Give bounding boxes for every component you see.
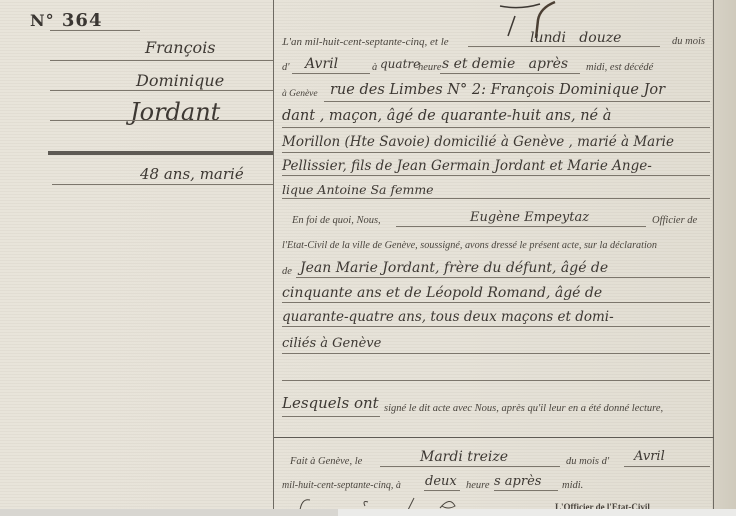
page-edge-shadow [712, 0, 736, 516]
right-border [713, 0, 714, 509]
handwritten-text: Pellissier, fils de Jean Germain Jordant… [282, 158, 652, 174]
signature-fragment [290, 496, 490, 510]
fill-line [282, 127, 710, 128]
fill-line [380, 466, 560, 467]
printed-text: l'Etat-Civil de la ville de Genève, sous… [282, 240, 657, 251]
margin-rule [50, 120, 273, 121]
viewer-bottom-bar-light [338, 509, 736, 516]
fill-line [282, 302, 710, 303]
act-number-value: 364 [62, 10, 103, 31]
margin-rule [50, 90, 273, 91]
act-number: N° 364 [30, 10, 102, 31]
printed-text: à Genève [282, 89, 318, 99]
printed-text: Officier de [652, 215, 697, 226]
handwritten-text: cinquante ans et de Léopold Romand, âgé … [282, 285, 602, 301]
margin-rule [50, 30, 140, 31]
printed-text: midi, est décédé [586, 62, 653, 73]
handwritten-hour: quatre [380, 57, 420, 71]
printed-text: du mois d' [566, 456, 609, 467]
handwritten-month: Avril [305, 56, 338, 72]
margin-thick-rule [48, 151, 273, 155]
fill-line [282, 152, 710, 153]
handwritten-day: lundi douze [530, 30, 621, 46]
fill-line [282, 353, 710, 354]
fill-line [282, 326, 710, 327]
margin-column: N° 364 François Dominique Jordant 48 ans… [0, 0, 274, 516]
fill-line [624, 466, 710, 467]
fill-line [468, 46, 660, 47]
printed-text: du mois [672, 36, 705, 47]
handwritten-text: ciliés à Genève [282, 336, 381, 351]
register-page: N° 364 François Dominique Jordant 48 ans… [0, 0, 736, 516]
printed-text: à [372, 62, 377, 73]
deceased-middle-name: Dominique [136, 71, 224, 90]
printed-text: Fait à Genève, le [290, 456, 362, 467]
handwritten-time: s et demie après [442, 56, 568, 72]
fill-line [494, 490, 558, 491]
fill-line [440, 73, 580, 74]
handwritten-month: Avril [634, 449, 665, 464]
handwritten-declarant: Jean Marie Jordant, frère du défunt, âgé… [300, 260, 608, 276]
deceased-last-name: Jordant [130, 98, 220, 126]
fill-line [292, 73, 370, 74]
printed-text: mil-huit-cent-septante-cinq, à [282, 480, 401, 491]
handwritten-officer-name: Eugène Empeytaz [470, 210, 589, 225]
handwritten-text: quarante-quatre ans, tous deux maçons et… [282, 309, 614, 325]
printed-text: En foi de quoi, Nous, [292, 215, 381, 226]
printed-text: L'an mil-huit-cent-septante-cinq, et le [283, 36, 449, 48]
handwritten-hour: deux [425, 474, 457, 489]
viewer-bottom-bar [0, 509, 736, 516]
printed-text: de [282, 266, 292, 277]
fill-line [282, 175, 710, 176]
deceased-first-name: François [145, 38, 216, 57]
fill-line [424, 490, 460, 491]
fill-line [324, 101, 710, 102]
printed-text: signé le dit acte avec Nous, après qu'il… [384, 403, 663, 414]
handwritten-text: Morillon (Hte Savoie) domicilié à Genève… [282, 134, 674, 150]
fill-line [282, 416, 380, 417]
fill-line [282, 198, 710, 199]
margin-rule [52, 184, 273, 185]
printed-text: heure [418, 62, 442, 73]
handwritten-text: rue des Limbes N° 2: François Dominique … [330, 82, 665, 98]
printed-text: heure [466, 480, 490, 491]
handwritten-time: s après [494, 474, 541, 489]
handwritten-text: lique Antoine Sa femme [282, 182, 434, 197]
printed-text: LL'an mil-huit-cent-septante-cinq, et le [282, 34, 449, 50]
handwritten-text: dant , maçon, âgé de quarante-huit ans, … [282, 108, 611, 124]
handwritten-signatories: Lesquels ont [282, 394, 379, 412]
blank-rule [282, 380, 710, 381]
fill-line [296, 277, 710, 278]
printed-text: d' [282, 62, 290, 73]
deceased-age-status: 48 ans, marié [140, 165, 244, 183]
fill-line [396, 226, 646, 227]
handwritten-date: Mardi treize [420, 449, 508, 465]
section-divider [274, 437, 714, 438]
printed-text: midi. [562, 480, 583, 491]
margin-rule [50, 60, 273, 61]
act-number-label: N° [30, 11, 55, 30]
